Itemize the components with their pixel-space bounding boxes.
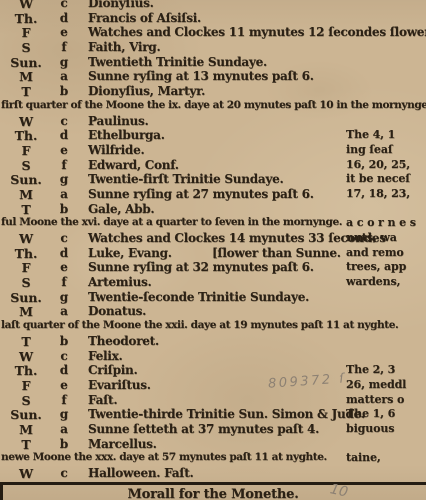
calendar-row: T b Marcellus. [0, 437, 426, 452]
day-abbrev: F [4, 25, 48, 40]
calendar-row: M a Sunne ſetteth at 37 mynutes paſt 4. … [0, 422, 426, 437]
calendar-row: F e Wilfride. ing ſeaſ [0, 143, 426, 158]
entry-text: Paulinus. [88, 114, 148, 128]
margin-note: matters o [346, 393, 404, 406]
calendar-row: Sun. g Twentie-ſeconde Trinitie Sundaye. [0, 290, 426, 305]
calendar-lines: W c Dionyſius. Th. d Francis of Aſsiſsi.… [0, 0, 426, 481]
margin-note: a c o r n e s [346, 216, 416, 229]
day-abbrev: T [4, 437, 48, 452]
dominical-letter: b [50, 202, 78, 216]
dominical-letter: g [50, 55, 78, 69]
dominical-letter: e [50, 260, 78, 274]
entry-text: Watches and Clockes 14 mynutes 33 ſecond… [88, 231, 386, 245]
dominical-letter: c [50, 114, 78, 128]
margin-note: 26, meddl [346, 378, 406, 391]
entry-text: Dionyſius, Martyr. [88, 84, 205, 98]
margin-note: The 4, 1 [346, 128, 395, 141]
dominical-letter: a [50, 422, 78, 436]
entry-text: Sunne ryſing at 13 mynutes paſt 6. [88, 69, 314, 83]
day-abbrev: W [4, 114, 48, 129]
entry-text: Sunne ſetteth at 37 mynutes paſt 4. [88, 422, 319, 436]
margin-note: nuts, wa [346, 231, 397, 244]
margin-note: 16, 20, 25, [346, 158, 410, 171]
entry-text: Edward, Conf. [88, 158, 179, 172]
entry-text: Watches and Clockes 11 mynutes 12 ſecond… [88, 25, 426, 39]
entry-text: Sunne ryſing at 27 mynutes paſt 6. [88, 187, 314, 201]
dominical-letter: g [50, 172, 78, 186]
dominical-letter: b [50, 334, 78, 348]
entry-text: Gale, Abb. [88, 202, 154, 216]
dominical-letter: e [50, 25, 78, 39]
calendar-row: M a Donatus. [0, 304, 426, 319]
calendar-row: Th. d Ethelburga. The 4, 1 [0, 128, 426, 143]
margin-note: it be neceſ [346, 172, 410, 185]
day-abbrev: T [4, 334, 48, 349]
dominical-letter: b [50, 437, 78, 451]
day-abbrev: W [4, 0, 48, 11]
day-abbrev: S [4, 40, 48, 55]
dominical-letter: e [50, 378, 78, 392]
entry-text: Felix. [88, 349, 122, 363]
day-abbrev: Sun. [4, 407, 48, 422]
margin-note: wardens, [346, 275, 400, 288]
entry-text: Dionyſius. [88, 0, 154, 10]
dominical-letter: d [50, 246, 78, 260]
calendar-row: S f Edward, Conf. 16, 20, 25, [0, 158, 426, 173]
dominical-letter: f [50, 158, 78, 172]
dominical-letter: c [50, 466, 78, 480]
calendar-row: W c Paulinus. [0, 114, 426, 129]
day-abbrev: F [4, 260, 48, 275]
calendar-row: S f Artemius. wardens, [0, 275, 426, 290]
moon-phase-line: firſt quarter of the Moone the ix. daye … [0, 99, 426, 114]
calendar-row: W c Dionyſius. [0, 0, 426, 11]
day-abbrev: S [4, 275, 48, 290]
section-divider-rule [0, 482, 426, 485]
moon-phase-text: firſt quarter of the Moone the ix. daye … [1, 99, 426, 111]
entry-text: Evariſtus. [88, 378, 151, 392]
day-abbrev: W [4, 231, 48, 246]
day-abbrev: Th. [4, 11, 48, 26]
entry-text: Twentie-firſt Trinitie Sundaye. [88, 172, 283, 186]
calendar-row: Sun. g Twentieth Trinitie Sundaye. [0, 55, 426, 70]
footer-section-title: Morall for the Monethe. [0, 487, 426, 500]
day-abbrev: T [4, 84, 48, 99]
entry-text: Sunne ryſing at 32 mynutes paſt 6. [88, 260, 314, 274]
entry-text: Twentie-thirde Trinitie Sun. Simon & Jud… [88, 407, 365, 421]
margin-note: The 1, 6 [346, 407, 395, 420]
dominical-letter: g [50, 407, 78, 421]
entry-text: Artemius. [88, 275, 151, 289]
moon-phase-text: newe Moone the xxx. daye at 57 mynutes p… [1, 451, 327, 463]
day-abbrev: M [4, 422, 48, 437]
calendar-row: F e Sunne ryſing at 32 mynutes paſt 6. t… [0, 260, 426, 275]
entry-text: Criſpin. [88, 363, 137, 377]
day-abbrev: W [4, 349, 48, 364]
day-abbrev: Sun. [4, 172, 48, 187]
entry-text: Luke, Evang. [88, 246, 172, 260]
dominical-letter: g [50, 290, 78, 304]
entry-text: Theodoret. [88, 334, 159, 348]
day-abbrev: S [4, 158, 48, 173]
calendar-row: Th. d Criſpin. The 2, 3 [0, 363, 426, 378]
calendar-row: F e Evariſtus. 26, meddl [0, 378, 426, 393]
calendar-row: S f Faſt. matters o [0, 393, 426, 408]
entry-text: Halloween. Faſt. [88, 466, 193, 480]
calendar-row: T b Dionyſius, Martyr. [0, 84, 426, 99]
entry-text: Twentie-ſeconde Trinitie Sundaye. [88, 290, 309, 304]
calendar-row: Th. d Francis of Aſsiſsi. [0, 11, 426, 26]
day-abbrev: Sun. [4, 290, 48, 305]
dominical-letter: b [50, 84, 78, 98]
day-abbrev: Th. [4, 128, 48, 143]
day-abbrev: T [4, 202, 48, 217]
calendar-row: W c Felix. [0, 349, 426, 364]
calendar-row: M a Sunne ryſing at 27 mynutes paſt 6. 1… [0, 187, 426, 202]
calendar-row: T b Gale, Abb. [0, 202, 426, 217]
dominical-letter: f [50, 275, 78, 289]
entry-continuation: [ſlower than Sunne. [212, 246, 341, 260]
dominical-letter: a [50, 69, 78, 83]
calendar-row: Sun. g Twentie-firſt Trinitie Sundaye. i… [0, 172, 426, 187]
pencil-page-number: 10 [329, 481, 350, 500]
entry-text: Marcellus. [88, 437, 157, 451]
day-abbrev: W [4, 466, 48, 481]
day-abbrev: M [4, 304, 48, 319]
margin-note: 17, 18, 23, [346, 187, 410, 200]
dominical-letter: c [50, 349, 78, 363]
calendar-row: M a Sunne ryſing at 13 mynutes paſt 6. [0, 69, 426, 84]
dominical-letter: d [50, 11, 78, 25]
dominical-letter: c [50, 0, 78, 10]
margin-note: taine, [346, 451, 381, 464]
calendar-row: S f Faith, Virg. [0, 40, 426, 55]
calendar-row: W c Halloween. Faſt. [0, 466, 426, 481]
day-abbrev: M [4, 69, 48, 84]
dominical-letter: f [50, 40, 78, 54]
entry-text: Twentieth Trinitie Sundaye. [88, 55, 267, 69]
entry-text: Faſt. [88, 393, 117, 407]
entry-text: Wilfride. [88, 143, 144, 157]
entry-text: Faith, Virg. [88, 40, 160, 54]
moon-phase-text: ful Moone the xvi. daye at a quarter to … [1, 216, 342, 228]
entry-text: Donatus. [88, 304, 146, 318]
calendar-row: Th. d Luke, Evang. [ſlower than Sunne. a… [0, 246, 426, 261]
moon-phase-text: laſt quarter of the Moone the xxii. daye… [1, 319, 398, 331]
margin-note: ing ſeaſ [346, 143, 393, 156]
dominical-letter: c [50, 231, 78, 245]
moon-phase-line: newe Moone the xxx. daye at 57 mynutes p… [0, 451, 426, 466]
calendar-row: W c Watches and Clockes 14 mynutes 33 ſe… [0, 231, 426, 246]
day-abbrev: F [4, 143, 48, 158]
day-abbrev: F [4, 378, 48, 393]
moon-phase-line: ful Moone the xvi. daye at a quarter to … [0, 216, 426, 231]
calendar-row: Sun. g Twentie-thirde Trinitie Sun. Simo… [0, 407, 426, 422]
margin-note: biguous [346, 422, 394, 435]
day-abbrev: M [4, 187, 48, 202]
dominical-letter: d [50, 128, 78, 142]
dominical-letter: d [50, 363, 78, 377]
entry-text: Francis of Aſsiſsi. [88, 11, 201, 25]
dominical-letter: f [50, 393, 78, 407]
day-abbrev: Th. [4, 246, 48, 261]
dominical-letter: a [50, 304, 78, 318]
entry-text: Ethelburga. [88, 128, 165, 142]
moon-phase-line: laſt quarter of the Moone the xxii. daye… [0, 319, 426, 334]
calendar-row: T b Theodoret. [0, 334, 426, 349]
dominical-letter: e [50, 143, 78, 157]
dominical-letter: a [50, 187, 78, 201]
day-abbrev: Th. [4, 363, 48, 378]
margin-note: The 2, 3 [346, 363, 395, 376]
margin-note: and remo [346, 246, 404, 259]
day-abbrev: S [4, 393, 48, 408]
margin-note: trees, app [346, 260, 406, 273]
day-abbrev: Sun. [4, 55, 48, 70]
calendar-row: F e Watches and Clockes 11 mynutes 12 ſe… [0, 25, 426, 40]
almanac-page-scan: W c Dionyſius. Th. d Francis of Aſsiſsi.… [0, 0, 426, 500]
